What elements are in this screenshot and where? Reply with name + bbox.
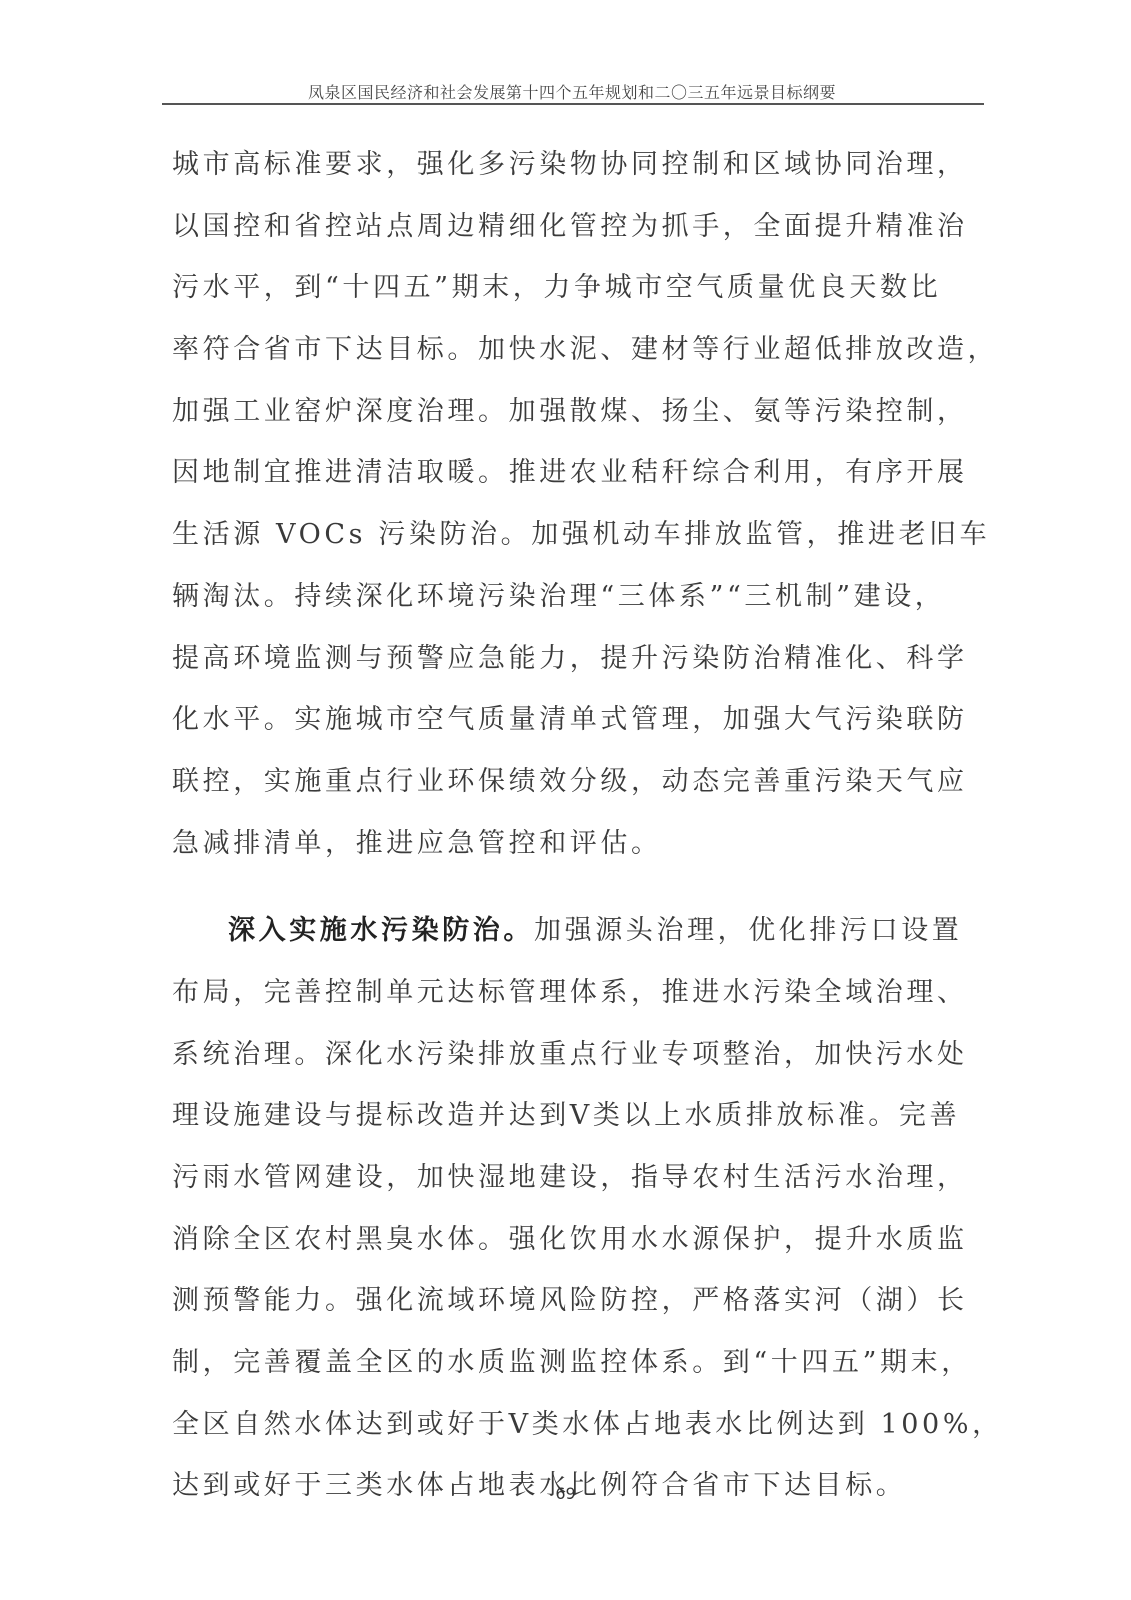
text-line: 制，完善覆盖全区的水质监测监控体系。到“十四五”期末， bbox=[172, 1332, 984, 1394]
document-body: 城市高标准要求，强化多污染物协同控制和区域协同治理， 以国控和省控站点周边精细化… bbox=[172, 134, 984, 1517]
paragraph-water-pollution: 深入实施水污染防治。加强源头治理，优化排污口设置 布局，完善控制单元达标管理体系… bbox=[172, 900, 984, 1517]
section-heading: 深入实施水污染防治。 bbox=[228, 915, 534, 946]
text-line: 布局，完善控制单元达标管理体系，推进水污染全域治理、 bbox=[172, 962, 984, 1024]
paragraph-spacer bbox=[172, 874, 984, 900]
text-line: 以国控和省控站点周边精细化管控为抓手，全面提升精准治 bbox=[172, 196, 984, 258]
header-divider bbox=[162, 103, 984, 105]
text-run: 加强源头治理，优化排污口设置 bbox=[534, 915, 962, 946]
text-line: 化水平。实施城市空气质量清单式管理，加强大气污染联防 bbox=[172, 689, 984, 751]
text-line: 消除全区农村黑臭水体。强化饮用水水源保护，提升水质监 bbox=[172, 1209, 984, 1271]
text-line: 系统治理。深化水污染排放重点行业专项整治，加快污水处 bbox=[172, 1024, 984, 1086]
text-line-first: 深入实施水污染防治。加强源头治理，优化排污口设置 bbox=[172, 900, 984, 962]
text-line: 测预警能力。强化流域环境风险防控，严格落实河（湖）长 bbox=[172, 1270, 984, 1332]
text-line: 生活源 VOCs 污染防治。加强机动车排放监管，推进老旧车 bbox=[172, 504, 984, 566]
paragraph-air-pollution: 城市高标准要求，强化多污染物协同控制和区域协同治理， 以国控和省控站点周边精细化… bbox=[172, 134, 984, 874]
text-line: 加强工业窑炉深度治理。加强散煤、扬尘、氨等污染控制， bbox=[172, 381, 984, 443]
text-line: 理设施建设与提标改造并达到Ⅴ类以上水质排放标准。完善 bbox=[172, 1085, 984, 1147]
text-line: 急减排清单，推进应急管控和评估。 bbox=[172, 813, 984, 875]
document-title: 凤泉区国民经济和社会发展第十四个五年规划和二〇三五年远景目标纲要 bbox=[162, 80, 982, 103]
page-number: 69 bbox=[0, 1484, 1131, 1503]
text-line: 污雨水管网建设，加快湿地建设，指导农村生活污水治理， bbox=[172, 1147, 984, 1209]
text-line: 率符合省市下达目标。加快水泥、建材等行业超低排放改造， bbox=[172, 319, 984, 381]
text-line: 全区自然水体达到或好于Ⅴ类水体占地表水比例达到 100%， bbox=[172, 1394, 984, 1456]
text-line: 城市高标准要求，强化多污染物协同控制和区域协同治理， bbox=[172, 134, 984, 196]
text-line: 提高环境监测与预警应急能力，提升污染防治精准化、科学 bbox=[172, 628, 984, 690]
text-line: 因地制宜推进清洁取暖。推进农业秸秆综合利用，有序开展 bbox=[172, 442, 984, 504]
text-line: 辆淘汰。持续深化环境污染治理“三体系”“三机制”建设， bbox=[172, 566, 984, 628]
text-line: 污水平，到“十四五”期末，力争城市空气质量优良天数比 bbox=[172, 257, 984, 319]
text-line: 联控，实施重点行业环保绩效分级，动态完善重污染天气应 bbox=[172, 751, 984, 813]
